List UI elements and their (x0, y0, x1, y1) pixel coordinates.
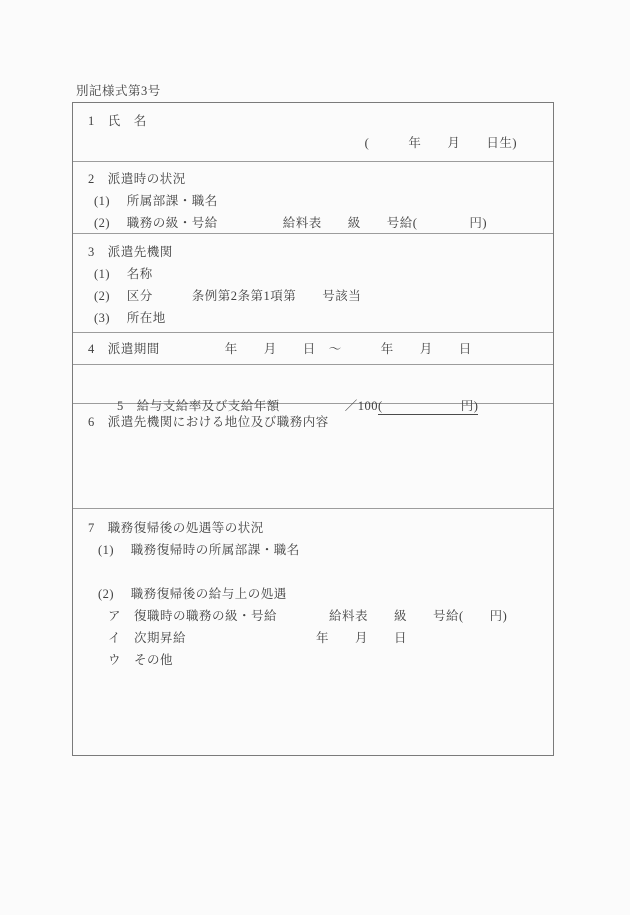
section-7-item-return-salary: (2) 職務復帰後の給与上の処遇 (73, 583, 553, 605)
section-3-dispatch-agency: 3 派遣先機関 (1) 名称 (2) 区分 条例第2条第1項第 号該当 (3) … (73, 233, 553, 332)
section-2-item-department: (1) 所属部課・職名 (73, 190, 553, 212)
section-5-amount-underline: ( 円) (378, 399, 478, 415)
section-3-item-name: (1) 名称 (73, 263, 553, 285)
section-2-heading: 2 派遣時の状況 (73, 168, 553, 190)
section-7-sub-b-next-raise: イ 次期昇給 年 月 日 (73, 627, 553, 649)
section-2-dispatch-status: 2 派遣時の状況 (1) 所属部課・職名 (2) 職務の級・号給 給料表 級 号… (73, 161, 553, 233)
form-title: 別記様式第3号 (76, 81, 161, 99)
section-2-item-salary-grade: (2) 職務の級・号給 給料表 級 号給( 円) (73, 212, 553, 234)
section-7-heading: 7 職務復帰後の処遇等の状況 (73, 517, 553, 539)
section-6-heading: 6 派遣先機関における地位及び職務内容 (73, 411, 553, 433)
spacer-line (73, 561, 553, 583)
section-4-heading: 4 派遣期間 年 月 日 ～ 年 月 日 (73, 338, 553, 360)
form-table: 1 氏 名 ( 年 月 日生) 2 派遣時の状況 (1) 所属部課・職名 (2)… (72, 102, 554, 756)
section-3-item-category: (2) 区分 条例第2条第1項第 号該当 (73, 285, 553, 307)
form-page: 別記様式第3号 1 氏 名 ( 年 月 日生) 2 派遣時の状況 (1) 所属部… (0, 0, 630, 915)
section-6-position-duties: 6 派遣先機関における地位及び職務内容 (73, 403, 553, 508)
section-5-salary-rate: 5 給与支給率及び支給年額 ／100( 円) (73, 364, 553, 403)
section-3-heading: 3 派遣先機関 (73, 241, 553, 263)
section-1-heading: 1 氏 名 (73, 110, 553, 132)
section-7-item-return-department: (1) 職務復帰時の所属部課・職名 (73, 539, 553, 561)
birthdate-field: ( 年 月 日生) (73, 132, 553, 154)
section-7-return-treatment: 7 職務復帰後の処遇等の状況 (1) 職務復帰時の所属部課・職名 (2) 職務復… (73, 508, 553, 755)
section-3-item-location: (3) 所在地 (73, 307, 553, 329)
section-4-dispatch-period: 4 派遣期間 年 月 日 ～ 年 月 日 (73, 332, 553, 364)
section-7-sub-c-other: ウ その他 (73, 649, 553, 671)
section-7-sub-a-salary-grade: ア 復職時の職務の級・号給 給料表 級 号給( 円) (73, 605, 553, 627)
section-1-name: 1 氏 名 ( 年 月 日生) (73, 103, 553, 161)
